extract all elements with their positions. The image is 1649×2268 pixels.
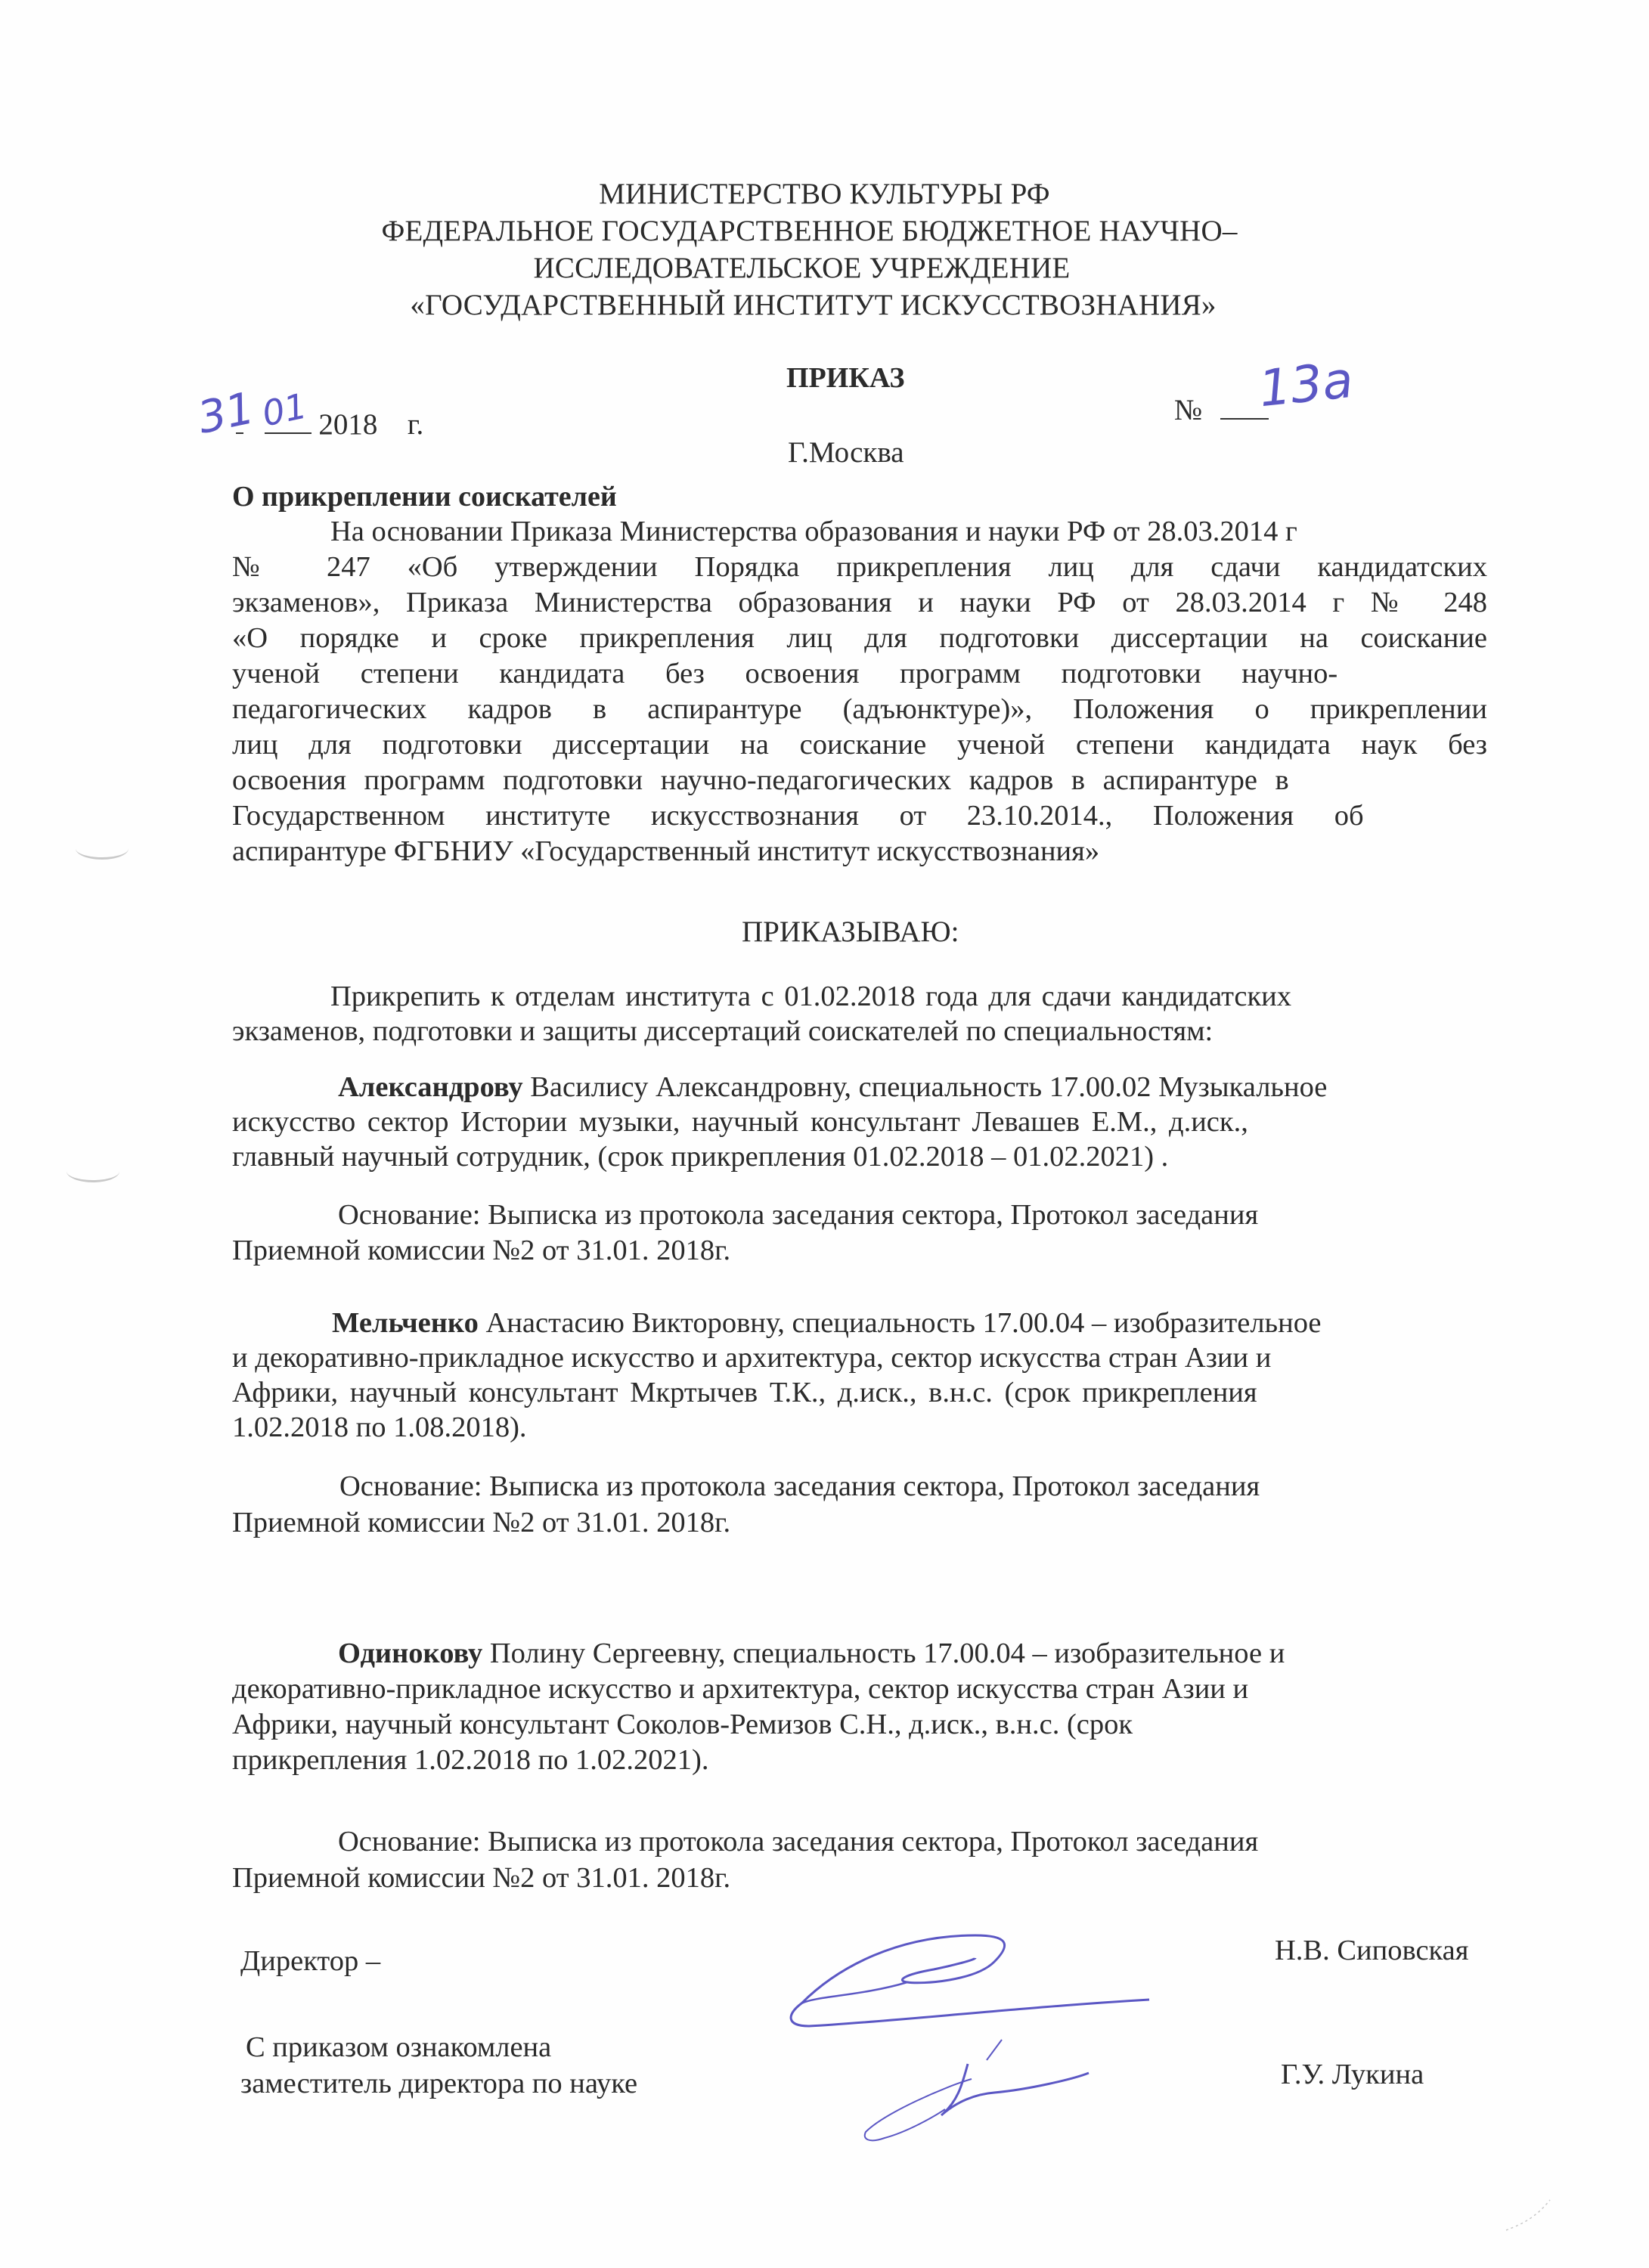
deputy-signature (862, 2026, 1119, 2147)
scanned-document-page: МИНИСТЕРСТВО КУЛЬТУРЫ РФ ФЕДЕРАЛЬНОЕ ГОС… (0, 0, 1649, 2268)
candidate-2-line: и декоративно-прикладное искусство и арх… (232, 1341, 1487, 1374)
preamble-line: лиц для подготовки диссертации на соиска… (232, 728, 1487, 761)
preamble-line: педагогических кадров в аспирантуре (адъ… (232, 692, 1487, 726)
handwritten-month: 01 (259, 386, 310, 435)
candidate-2-line: Африки, научный консультант Мкртычев Т.К… (232, 1376, 1487, 1409)
handwritten-day: 31 (194, 382, 259, 444)
header-institution-line2: ИССЛЕДОВАТЕЛЬСКОЕ УЧРЕЖДЕНИЕ (0, 249, 1626, 287)
director-name: Н.В. Сиповская (1275, 1934, 1468, 1967)
candidate-3-basis: Основание: Выписка из протокола заседани… (232, 1825, 1487, 1858)
director-signature (771, 1928, 1164, 2041)
candidate-1-basis: Приемной комиссии №2 от 31.01. 2018г. (232, 1234, 1487, 1267)
candidate-3-surname: Одинокову (338, 1637, 482, 1669)
scan-artifact (1505, 2196, 1558, 2234)
candidate-1-line: искусство сектор Истории музыки, научный… (232, 1105, 1487, 1139)
candidate-3-line: Африки, научный консультант Соколов-Реми… (232, 1708, 1487, 1741)
candidate-1-line: главный научный сотрудник, (срок прикреп… (232, 1140, 1487, 1173)
preamble-line: «О порядке и сроке прикрепления лиц для … (232, 621, 1487, 655)
date-year-suffix: г. (408, 408, 423, 441)
candidate-3-line: прикрепления 1.02.2018 по 1.02.2021). (232, 1743, 1487, 1777)
candidate-3-line: декоративно-прикладное искусство и архит… (232, 1672, 1487, 1706)
header-institution-name: «ГОСУДАРСТВЕННЫЙ ИНСТИТУТ ИСКУССТВОЗНАНИ… (0, 287, 1638, 324)
header-ministry: МИНИСТЕРСТВО КУЛЬТУРЫ РФ (0, 175, 1649, 212)
preamble-line: На основании Приказа Министерства образо… (232, 515, 1487, 548)
order-date: 31 01 2018 г. (198, 393, 423, 445)
number-sign: № (1174, 394, 1202, 426)
decree-heading: ПРИКАЗЫВАЮ: (742, 915, 959, 949)
preamble-line: аспирантуре ФГБНИУ «Государственный инст… (232, 835, 1487, 868)
candidate-2-line: 1.02.2018 по 1.08.2018). (232, 1411, 1487, 1444)
handwritten-order-number: 13а (1256, 351, 1356, 419)
deputy-title: заместитель директора по науке (240, 2067, 637, 2100)
order-subject: О прикреплении соискателей (232, 480, 617, 513)
decree-intro-line: экзаменов, подготовки и защиты диссертац… (232, 1015, 1487, 1048)
candidate-1-surname: Александрову (338, 1071, 523, 1103)
number-underline (1220, 418, 1269, 420)
order-title: ПРИКАЗ (786, 361, 904, 395)
candidate-2-basis: Основание: Выписка из протокола заседани… (232, 1470, 1487, 1503)
preamble-line: экзаменов», Приказа Министерства образов… (232, 586, 1487, 619)
candidate-2-surname: Мельченко (332, 1307, 479, 1339)
order-number: № (1174, 393, 1269, 427)
city: Г.Москва (788, 435, 904, 469)
candidate-2-basis: Приемной комиссии №2 от 31.01. 2018г. (232, 1506, 1487, 1539)
header-institution-line1: ФЕДЕРАЛЬНОЕ ГОСУДАРСТВЕННОЕ БЮДЖЕТНОЕ НА… (0, 212, 1634, 249)
director-label: Директор – (240, 1944, 380, 1978)
preamble-line: № 247 «Об утверждении Порядка прикреплен… (232, 550, 1487, 584)
candidate-3-line: Одинокову Полину Сергеевну, специальност… (232, 1637, 1487, 1670)
decree-intro-line: Прикрепить к отделам института с 01.02.2… (232, 980, 1487, 1013)
punch-hole-mark (67, 1160, 119, 1182)
acknowledgement-label: С приказом ознакомлена (246, 2031, 551, 2064)
candidate-2-line: Мельченко Анастасию Викторовну, специаль… (232, 1306, 1487, 1340)
preamble-line: ученой степени кандидата без освоения пр… (232, 657, 1487, 690)
preamble-line: освоения программ подготовки научно-педа… (232, 764, 1487, 797)
deputy-name: Г.У. Лукина (1281, 2058, 1424, 2091)
candidate-1-line: Александрову Василису Александровну, спе… (232, 1070, 1487, 1104)
preamble-line: Государственном институте искусствознани… (232, 799, 1487, 832)
punch-hole-mark (76, 838, 129, 860)
date-year: 2018 (318, 408, 377, 441)
candidate-1-basis: Основание: Выписка из протокола заседани… (232, 1198, 1487, 1232)
candidate-3-basis: Приемной комиссии №2 от 31.01. 2018г. (232, 1861, 1487, 1895)
